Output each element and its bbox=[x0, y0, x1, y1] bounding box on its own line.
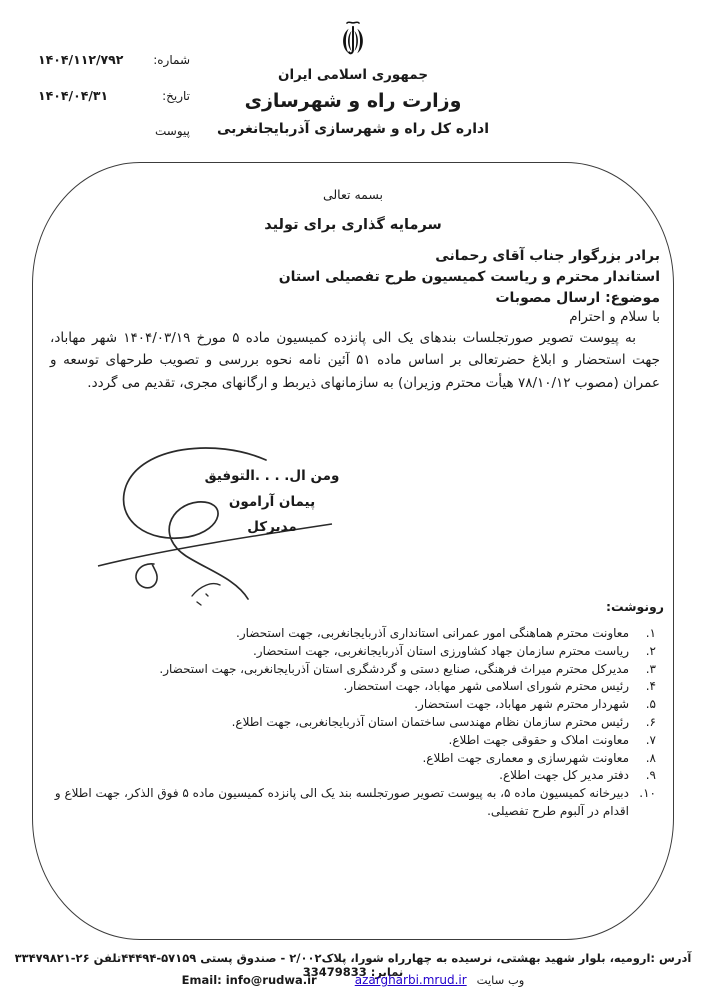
salutation-text: با سلام و احترام bbox=[569, 309, 660, 325]
cc-item: ۲. ریاست محترم سازمان جهاد کشاورزی استان… bbox=[38, 643, 656, 661]
website-link[interactable]: azargharbi.mrud.ir bbox=[355, 973, 467, 987]
signer-name: پیمان آرامون bbox=[196, 490, 348, 516]
cc-item-text: شهردار محترم شهر مهاباد، جهت استحضار. bbox=[38, 696, 629, 714]
signature-block: ومن ال. . . .التوفیق پیمان آرامون مدیرکل bbox=[196, 464, 348, 541]
cc-item: ۷. معاونت املاک و حقوقی جهت اطلاع. bbox=[38, 732, 656, 750]
cc-item-number: ۴. bbox=[629, 678, 656, 696]
signer-title: مدیرکل bbox=[196, 515, 348, 541]
slogan-text: سرمایه گذاری برای تولید bbox=[0, 217, 706, 233]
cc-item-text: معاونت محترم هماهنگی امور عمرانی استاندا… bbox=[38, 625, 629, 643]
email-text: Email: info@rudwa.ir bbox=[182, 973, 317, 987]
cc-item: ۶. رئیس محترم سازمان نظام مهندسی ساختمان… bbox=[38, 714, 656, 732]
cc-list: ۱. معاونت محترم هماهنگی امور عمرانی استا… bbox=[38, 625, 656, 821]
cc-item-text: معاونت املاک و حقوقی جهت اطلاع. bbox=[38, 732, 629, 750]
cc-label: رونوشت: bbox=[606, 599, 664, 614]
cc-item-text: ریاست محترم سازمان جهاد کشاورزی استان آذ… bbox=[38, 643, 629, 661]
website-label: وب سایت bbox=[477, 973, 525, 987]
subject-line: موضوع: ارسال مصوبات bbox=[279, 288, 660, 309]
cc-item-number: ۱. bbox=[629, 625, 656, 643]
cc-item-text: مدیرکل محترم میراث فرهنگی، صنایع دستی و … bbox=[38, 661, 629, 679]
cc-item: ۸. معاونت شهرسازی و معماری جهت اطلاع. bbox=[38, 750, 656, 768]
basmala-text: بسمه تعالی bbox=[0, 187, 706, 202]
iran-emblem-icon bbox=[337, 20, 369, 66]
cc-item-number: ۷. bbox=[629, 732, 656, 750]
cc-item-text: رئیس محترم سازمان نظام مهندسی ساختمان اس… bbox=[38, 714, 629, 732]
cc-item-text: دفتر مدیر کل جهت اطلاع. bbox=[38, 767, 629, 785]
cc-item-text: دبیرخانه کمیسیون ماده ۵، به پیوست تصویر … bbox=[38, 785, 629, 821]
addressee-line-2: استاندار محترم و ریاست کمیسیون طرح تفصیل… bbox=[279, 267, 660, 288]
letter-page: شماره: ۱۴۰۴/۱۱۲/۷۹۲ تاریخ: ۱۴۰۴/۰۴/۳۱ پی… bbox=[0, 0, 706, 1000]
cc-item: ۳. مدیرکل محترم میراث فرهنگی، صنایع دستی… bbox=[38, 661, 656, 679]
cc-item: ۵. شهردار محترم شهر مهاباد، جهت استحضار. bbox=[38, 696, 656, 714]
letter-body: به پیوست تصویر صورتجلسات بندهای یک الی پ… bbox=[50, 327, 660, 394]
cc-item-number: ۱۰. bbox=[629, 785, 656, 821]
cc-item: ۱. معاونت محترم هماهنگی امور عمرانی استا… bbox=[38, 625, 656, 643]
cc-item-number: ۹. bbox=[629, 767, 656, 785]
cc-item: ۱۰. دبیرخانه کمیسیون ماده ۵، به پیوست تص… bbox=[38, 785, 656, 821]
cc-item-number: ۶. bbox=[629, 714, 656, 732]
cc-item-number: ۲. bbox=[629, 643, 656, 661]
country-name: جمهوری اسلامی ایران bbox=[0, 67, 706, 83]
addressee-line-1: برادر بزرگوار جناب آقای رحمانی bbox=[279, 246, 660, 267]
cc-item-text: رئیس محترم شورای اسلامی شهر مهاباد، جهت … bbox=[38, 678, 629, 696]
cc-item-number: ۵. bbox=[629, 696, 656, 714]
cc-item: ۴. رئیس محترم شورای اسلامی شهر مهاباد، ج… bbox=[38, 678, 656, 696]
addressee-block: برادر بزرگوار جناب آقای رحمانی استاندار … bbox=[279, 246, 660, 309]
cc-item-number: ۳. bbox=[629, 661, 656, 679]
cc-item-number: ۸. bbox=[629, 750, 656, 768]
signature-closing: ومن ال. . . .التوفیق bbox=[196, 464, 348, 490]
cc-item: ۹. دفتر مدیر کل جهت اطلاع. bbox=[38, 767, 656, 785]
footer-contacts: وب سایت azargharbi.mrud.ir Email: info@r… bbox=[0, 973, 706, 987]
letterhead: جمهوری اسلامی ایران وزارت راه و شهرسازی … bbox=[0, 20, 706, 137]
department-name: اداره کل راه و شهرسازی آذربایجانغربی bbox=[0, 121, 706, 137]
cc-item-text: معاونت شهرسازی و معماری جهت اطلاع. bbox=[38, 750, 629, 768]
ministry-name: وزارت راه و شهرسازی bbox=[0, 90, 706, 112]
